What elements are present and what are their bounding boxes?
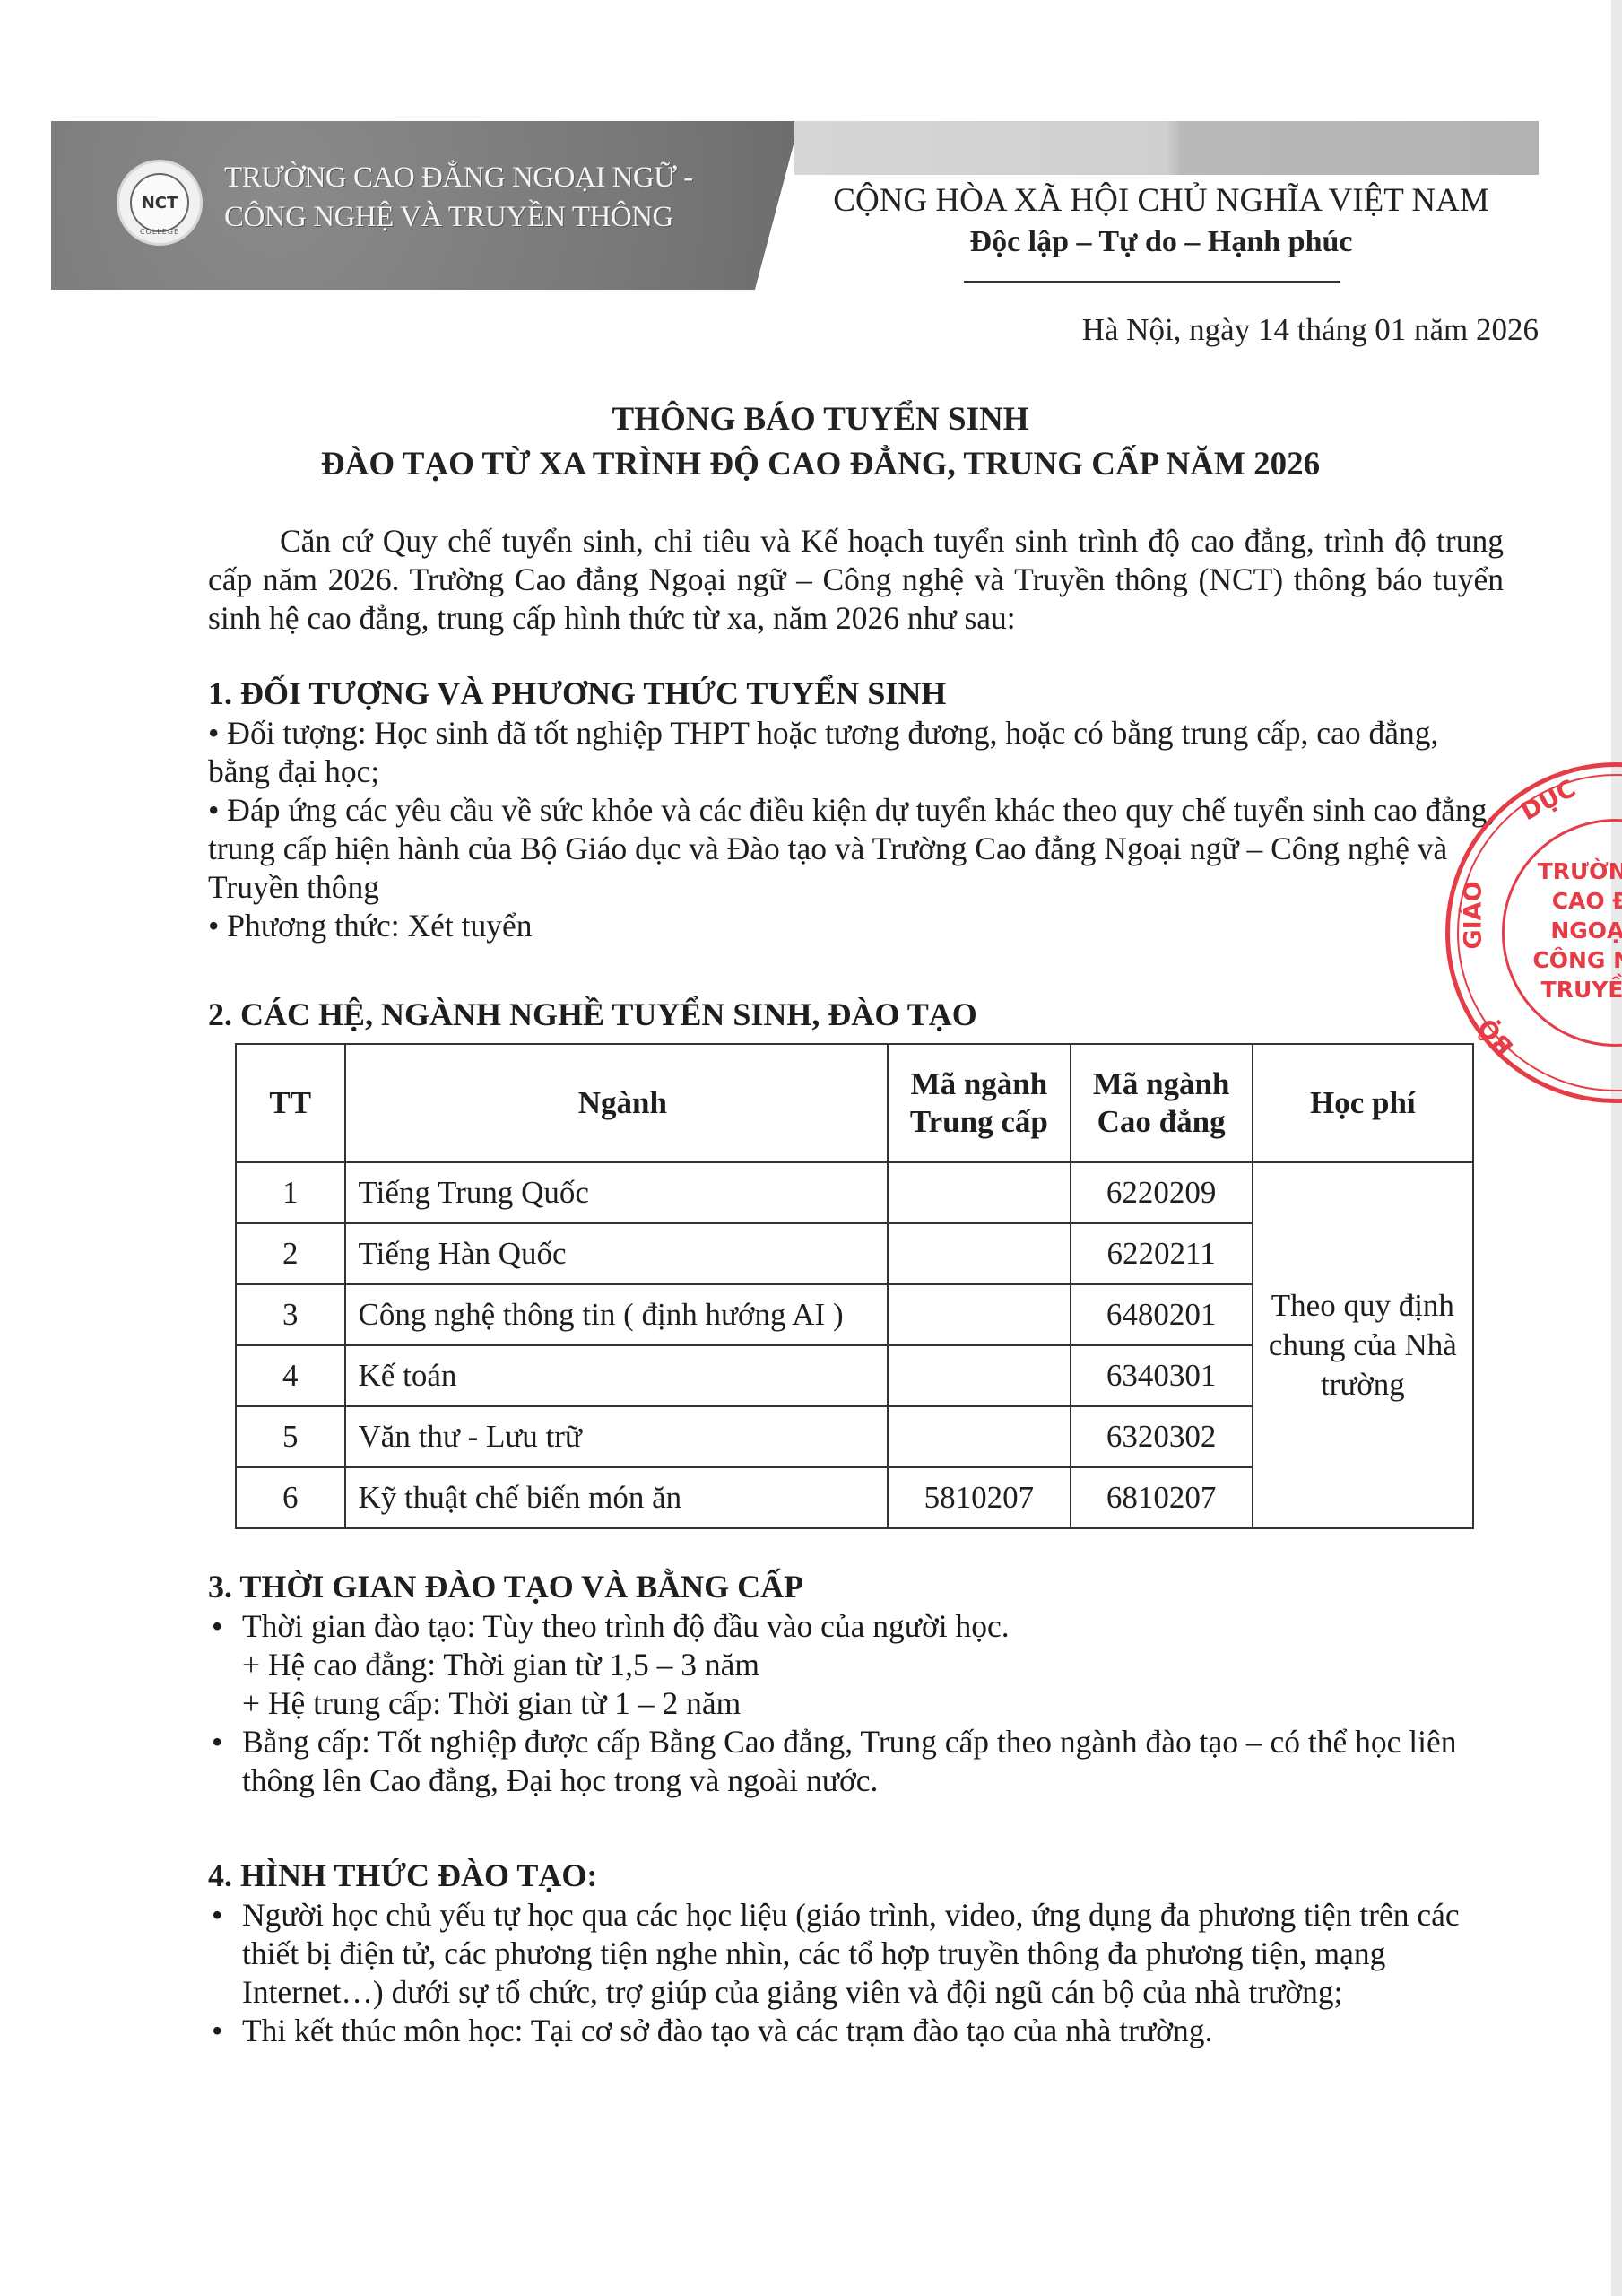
- cell-hoc-phi: Theo quy định chung của Nhà trường: [1253, 1162, 1473, 1528]
- cell-ma-trung-cap: [888, 1162, 1070, 1223]
- logo-mark: NCT: [130, 173, 189, 232]
- duration-intermediate: + Hệ trung cấp: Thời gian từ 1 – 2 năm: [242, 1685, 741, 1721]
- intro-paragraph: Căn cứ Quy chế tuyển sinh, chỉ tiêu và K…: [208, 522, 1504, 638]
- section1-heading: 1. ĐỐI TƯỢNG VÀ PHƯƠNG THỨC TUYỂN SINH: [208, 674, 1504, 713]
- header-banner-light: [794, 121, 1539, 175]
- bullet-icon: •: [212, 1723, 222, 1761]
- exam-info: Thi kết thúc môn học: Tại cơ sở đào tạo …: [242, 2013, 1212, 2048]
- cell-ma-cao-dang: 6480201: [1071, 1284, 1253, 1345]
- list-item: • Thi kết thúc môn học: Tại cơ sở đào tạ…: [208, 2012, 1508, 2050]
- bullet-icon: •: [212, 1607, 222, 1646]
- cell-tt: 5: [236, 1406, 345, 1467]
- section1-body: • Đối tượng: Học sinh đã tốt nghiệp THPT…: [208, 714, 1504, 945]
- cell-tt: 2: [236, 1223, 345, 1284]
- stamp-center-text: TRƯỜNG CAO Đ NGOẠI CÔNG NG TRUYỀN: [1520, 857, 1622, 1004]
- school-name: TRƯỜNG CAO ĐẲNG NGOẠI NGỮ - CÔNG NGHỆ VÀ…: [224, 158, 762, 237]
- bullet-icon: •: [212, 2012, 222, 2050]
- cell-nganh: Tiếng Trung Quốc: [345, 1162, 889, 1223]
- cell-ma-cao-dang: 6810207: [1071, 1467, 1253, 1528]
- cell-ma-cao-dang: 6340301: [1071, 1345, 1253, 1406]
- cell-ma-trung-cap: [888, 1223, 1070, 1284]
- training-duration: Thời gian đào tạo: Tùy theo trình độ đầu…: [242, 1608, 1010, 1644]
- cell-tt: 4: [236, 1345, 345, 1406]
- document-date: Hà Nội, ngày 14 tháng 01 năm 2026: [789, 310, 1539, 350]
- cell-nganh: Tiếng Hàn Quốc: [345, 1223, 889, 1284]
- list-item: • Bằng cấp: Tốt nghiệp được cấp Bằng Cao…: [208, 1723, 1508, 1800]
- cell-tt: 6: [236, 1467, 345, 1528]
- motto-underline: [964, 281, 1340, 283]
- document-subtitle: ĐÀO TẠO TỪ XA TRÌNH ĐỘ CAO ĐẲNG, TRUNG C…: [206, 443, 1435, 486]
- cell-nganh: Công nghệ thông tin ( định hướng AI ): [345, 1284, 889, 1345]
- logo-ring-text: COLLEGE: [140, 228, 179, 236]
- list-subitem: + Hệ trung cấp: Thời gian từ 1 – 2 năm: [208, 1684, 1508, 1723]
- section2-heading: 2. CÁC HỆ, NGÀNH NGHỀ TUYỂN SINH, ĐÀO TẠ…: [208, 996, 1504, 1034]
- school-logo: NCT COLLEGE: [117, 160, 203, 246]
- col-header-nganh: Ngành: [345, 1044, 889, 1162]
- section4-body: • Người học chủ yếu tự học qua các học l…: [208, 1896, 1508, 2050]
- col-header-hoc-phi: Học phí: [1253, 1044, 1473, 1162]
- programs-table: TT Ngành Mã ngành Trung cấp Mã ngành Cao…: [235, 1043, 1474, 1529]
- cell-nganh: Kế toán: [345, 1345, 889, 1406]
- degree-info: Bằng cấp: Tốt nghiệp được cấp Bằng Cao đ…: [242, 1724, 1457, 1798]
- section1-item: • Đối tượng: Học sinh đã tốt nghiệp THPT…: [208, 714, 1504, 791]
- list-item: • Người học chủ yếu tự học qua các học l…: [208, 1896, 1508, 2012]
- school-name-line1: TRƯỜNG CAO ĐẲNG NGOẠI NGỮ -: [224, 158, 762, 197]
- section1-item: • Đáp ứng các yêu cầu về sức khỏe và các…: [208, 791, 1504, 907]
- list-item: • Thời gian đào tạo: Tùy theo trình độ đ…: [208, 1607, 1508, 1646]
- cell-nganh: Kỹ thuật chế biến món ăn: [345, 1467, 889, 1528]
- section3-body: • Thời gian đào tạo: Tùy theo trình độ đ…: [208, 1607, 1508, 1800]
- table-row: 1Tiếng Trung Quốc6220209Theo quy định ch…: [236, 1162, 1473, 1223]
- section3-heading: 3. THỜI GIAN ĐÀO TẠO VÀ BẰNG CẤP: [208, 1568, 1504, 1606]
- cell-ma-trung-cap: [888, 1345, 1070, 1406]
- scan-edge-strip: [1611, 0, 1622, 2296]
- bullet-icon: •: [212, 1896, 222, 1935]
- cell-ma-trung-cap: [888, 1406, 1070, 1467]
- cell-ma-cao-dang: 6320302: [1071, 1406, 1253, 1467]
- cell-ma-trung-cap: [888, 1284, 1070, 1345]
- cell-tt: 3: [236, 1284, 345, 1345]
- duration-college: + Hệ cao đẳng: Thời gian từ 1,5 – 3 năm: [242, 1647, 759, 1683]
- cell-nganh: Văn thư - Lưu trữ: [345, 1406, 889, 1467]
- stamp-arc-left: GIÁO: [1460, 881, 1488, 949]
- list-subitem: + Hệ cao đẳng: Thời gian từ 1,5 – 3 năm: [208, 1646, 1508, 1684]
- self-study-info: Người học chủ yếu tự học qua các học liệ…: [242, 1897, 1460, 2010]
- nation-title: CỘNG HÒA XÃ HỘI CHỦ NGHĨA VIỆT NAM: [789, 179, 1533, 222]
- cell-ma-cao-dang: 6220211: [1071, 1223, 1253, 1284]
- nation-motto: Độc lập – Tự do – Hạnh phúc: [789, 222, 1533, 262]
- cell-ma-trung-cap: 5810207: [888, 1467, 1070, 1528]
- table-header-row: TT Ngành Mã ngành Trung cấp Mã ngành Cao…: [236, 1044, 1473, 1162]
- col-header-ma-cao-dang: Mã ngành Cao đẳng: [1071, 1044, 1253, 1162]
- school-name-line2: CÔNG NGHỆ VÀ TRUYỀN THÔNG: [224, 197, 762, 237]
- col-header-ma-trung-cap: Mã ngành Trung cấp: [888, 1044, 1070, 1162]
- col-header-tt: TT: [236, 1044, 345, 1162]
- stamp-arc-bottom: BỘ: [1473, 1013, 1520, 1060]
- document-title: THÔNG BÁO TUYỂN SINH: [206, 398, 1435, 441]
- cell-ma-cao-dang: 6220209: [1071, 1162, 1253, 1223]
- stamp-arc-top: DỤC: [1516, 775, 1580, 826]
- section4-heading: 4. HÌNH THỨC ĐÀO TẠO:: [208, 1857, 1504, 1895]
- cell-tt: 1: [236, 1162, 345, 1223]
- section1-item: • Phương thức: Xét tuyển: [208, 907, 1504, 945]
